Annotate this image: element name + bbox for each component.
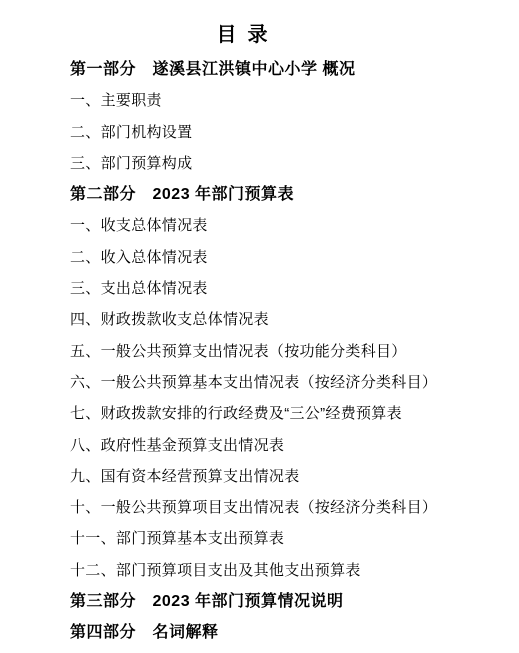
toc-item: 三、支出总体情况表: [70, 273, 473, 304]
toc-item: 十一、部门预算基本支出预算表: [70, 523, 473, 554]
toc-part-heading: 第四部分 名词解释: [70, 617, 473, 648]
toc-item: 五、一般公共预算支出情况表（按功能分类科目）: [70, 336, 473, 367]
toc-item: 十二、部门预算项目支出及其他支出预算表: [70, 555, 473, 586]
toc-item: 八、政府性基金预算支出情况表: [70, 430, 473, 461]
toc-part-heading: 第二部分 2023 年部门预算表: [70, 179, 473, 210]
toc-item: 一、主要职责: [70, 85, 473, 116]
toc-item: 四、财政拨款收支总体情况表: [70, 304, 473, 335]
toc-item: 七、财政拨款安排的行政经费及“三公”经费预算表: [70, 398, 473, 429]
toc-item: 三、部门预算构成: [70, 148, 473, 179]
toc-page: 目 录 第一部分 遂溪县江洪镇中心小学 概况 一、主要职责 二、部门机构设置 三…: [0, 0, 519, 653]
toc-item: 九、国有资本经营预算支出情况表: [70, 461, 473, 492]
toc-part-heading: 第一部分 遂溪县江洪镇中心小学 概况: [70, 54, 473, 85]
toc-item: 二、部门机构设置: [70, 117, 473, 148]
toc-item: 十、一般公共预算项目支出情况表（按经济分类科目）: [70, 492, 473, 523]
toc-item: 一、收支总体情况表: [70, 210, 473, 241]
page-title: 目 录: [70, 22, 414, 48]
toc-item: 六、一般公共预算基本支出情况表（按经济分类科目）: [70, 367, 473, 398]
toc-item: 二、收入总体情况表: [70, 242, 473, 273]
toc-part-heading: 第三部分 2023 年部门预算情况说明: [70, 586, 473, 617]
